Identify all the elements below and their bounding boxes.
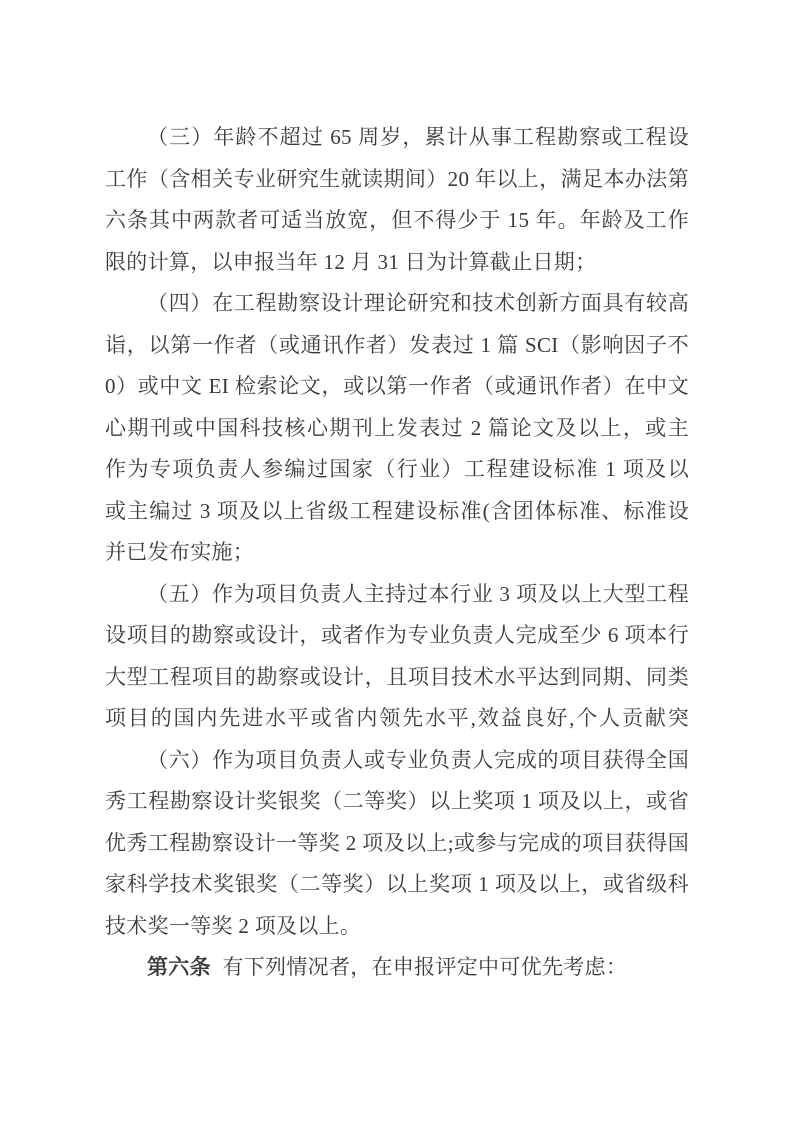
text-line: （五）作为项目负责人主持过本行业 3 项及以上大型工程建 [105,574,689,616]
document-page: （三）年龄不超过 65 周岁，累计从事工程勘察或工程设计 工作（含相关专业研究生… [0,0,794,1123]
text-line: 优秀工程勘察设计一等奖 2 项及以上;或参与完成的项目获得国 [105,823,689,865]
text-line: 限的计算，以申报当年 12 月 31 日为计算截止日期； [105,242,689,284]
document-body: （三）年龄不超过 65 周岁，累计从事工程勘察或工程设计 工作（含相关专业研究生… [105,117,689,989]
text-line: （四）在工程勘察设计理论研究和技术创新方面具有较高造 [105,283,689,325]
text-line: （三）年龄不超过 65 周岁，累计从事工程勘察或工程设计 [105,117,689,159]
text-line: 家科学技术奖银奖（二等奖）以上奖项 1 项及以上，或省级科学 [105,864,689,906]
text-line: 大型工程项目的勘察或设计，且项目技术水平达到同期、同类型 [105,657,689,699]
text-line: （六）作为项目负责人或专业负责人完成的项目获得全国优 [105,740,689,782]
article-text: 有下列情况者，在申报评定中可优先考虑： [222,955,627,979]
text-line: 或主编过 3 项及以上省级工程建设标准(含团体标准、标准设计) [105,491,689,533]
text-line: 六条其中两款者可适当放宽，但不得少于 15 年。年龄及工作年 [105,200,689,242]
text-line: 技术奖一等奖 2 项及以上。 [105,906,689,948]
article-number: 第六条 [147,955,211,979]
text-line: 项目的国内先进水平或省内领先水平,效益良好,个人贡献突出； [105,698,689,740]
text-line: 并已发布实施； [105,532,689,574]
text-line: 工作（含相关专业研究生就读期间）20 年以上，满足本办法第 [105,159,689,201]
text-line: 0）或中文 EI 检索论文，或以第一作者（或通讯作者）在中文核 [105,366,689,408]
text-line: 设项目的勘察或设计，或者作为专业负责人完成至少 6 项本行业 [105,615,689,657]
text-line: 秀工程勘察设计奖银奖（二等奖）以上奖项 1 项及以上，或省级 [105,781,689,823]
text-line: 心期刊或中国科技核心期刊上发表过 2 篇论文及以上，或主编、 [105,408,689,450]
text-line: 诣，以第一作者（或通讯作者）发表过 1 篇 SCI（影响因子不为 [105,325,689,367]
article-6-line: 第六条有下列情况者，在申报评定中可优先考虑： [105,947,689,989]
text-line: 作为专项负责人参编过国家（行业）工程建设标准 1 项及以上， [105,449,689,491]
